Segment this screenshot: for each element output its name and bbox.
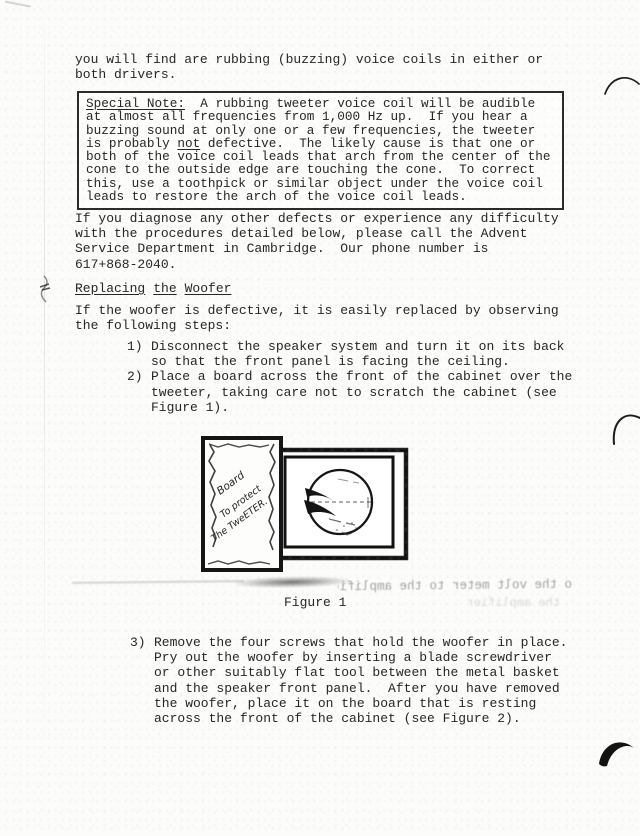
step-line: or other suitably flat tool between the … <box>154 665 567 680</box>
speaker-cabinet-drawing <box>279 450 407 559</box>
intro-line: both drivers. <box>75 67 543 82</box>
step-text: Disconnect the speaker system and turn i… <box>151 339 564 369</box>
step-item-3: 3) Remove the four screws that hold the … <box>130 635 567 726</box>
page-curl-arc-top <box>603 72 640 100</box>
step-line: tweeter, taking care not to scratch the … <box>151 385 572 400</box>
phone-number: 617+868-2040. <box>75 257 559 272</box>
bleed-through-text-faint: the amplifier <box>400 596 560 609</box>
scan-smudge-top-left <box>3 1 31 18</box>
step-line: Remove the four screws that hold the woo… <box>154 635 567 650</box>
contact-line: Service Department in Cambridge. Our pho… <box>75 241 559 256</box>
step-number: 1) <box>127 339 151 369</box>
steps-intro-line: the following steps: <box>75 318 559 333</box>
step-line: Figure 1). <box>151 400 572 415</box>
page-curl-arc-middle <box>610 408 640 448</box>
ink-smear <box>236 574 348 589</box>
contact-paragraph: If you diagnose any other defects or exp… <box>75 211 559 272</box>
step-line: and the speaker front panel. After you h… <box>154 681 567 696</box>
figure-caption: Figure 1 <box>284 595 346 610</box>
intro-line: you will find are rubbing (buzzing) voic… <box>75 52 543 67</box>
intro-paragraph: you will find are rubbing (buzzing) voic… <box>75 52 543 82</box>
step-item-2: 2) Place a board across the front of the… <box>127 369 572 415</box>
scan-streak <box>72 580 244 591</box>
scanned-page: you will find are rubbing (buzzing) voic… <box>0 0 640 836</box>
protective-board-drawing: Board To protect The TweETER. <box>203 438 281 570</box>
note-line: cone to the outside edge are touching th… <box>86 163 556 176</box>
bleed-through-text: o the volt meter to the amplifier's <box>338 578 572 594</box>
step-3-block: 3) Remove the four screws that hold the … <box>130 635 567 726</box>
step-number: 3) <box>130 635 154 726</box>
note-line: both of the voice coil leads that arch f… <box>86 150 556 163</box>
figure-1-illustration: Board To protect The TweETER. <box>193 431 415 577</box>
heading-word: the <box>153 281 176 296</box>
step-text: Place a board across the front of the ca… <box>151 369 572 415</box>
step-line: Pry out the woofer by inserting a blade … <box>154 650 567 665</box>
note-line: is probably not defective. The likely ca… <box>86 137 556 150</box>
note-line: leads to restore the arch of the voice c… <box>86 190 556 203</box>
special-note-box: Special Note: A rubbing tweeter voice co… <box>77 91 564 210</box>
heading-word: Woofer <box>185 281 232 296</box>
steps-list: 1) Disconnect the speaker system and tur… <box>127 339 572 415</box>
step-line: across the front of the cabinet (see Fig… <box>154 711 567 726</box>
step-line: the woofer, place it on the board that i… <box>154 696 567 711</box>
note-line: this, use a toothpick or similar object … <box>86 177 556 190</box>
page-curl-crescent-bottom <box>594 736 638 772</box>
note-line: at almost all frequencies from 1,000 Hz … <box>86 110 556 123</box>
heading-word: Replacing <box>75 281 145 296</box>
step-line: Place a board across the front of the ca… <box>151 369 572 384</box>
step-item-1: 1) Disconnect the speaker system and tur… <box>127 339 572 369</box>
steps-intro-line: If the woofer is defective, it is easily… <box>75 303 559 318</box>
step-line: so that the front panel is facing the ce… <box>151 354 564 369</box>
contact-line: If you diagnose any other defects or exp… <box>75 211 559 226</box>
step-text: Remove the four screws that hold the woo… <box>154 635 567 726</box>
step-line: Disconnect the speaker system and turn i… <box>151 339 564 354</box>
contact-line: with the procedures detailed below, plea… <box>75 226 559 241</box>
note-line: buzzing sound at only one or a few frequ… <box>86 124 556 137</box>
note-line: Special Note: A rubbing tweeter voice co… <box>86 97 556 110</box>
section-heading: ReplacingtheWoofer <box>75 281 231 296</box>
fold-squiggle-mark <box>34 274 56 308</box>
page-fold-line <box>44 0 45 836</box>
steps-intro-paragraph: If the woofer is defective, it is easily… <box>75 303 559 333</box>
step-number: 2) <box>127 369 151 415</box>
